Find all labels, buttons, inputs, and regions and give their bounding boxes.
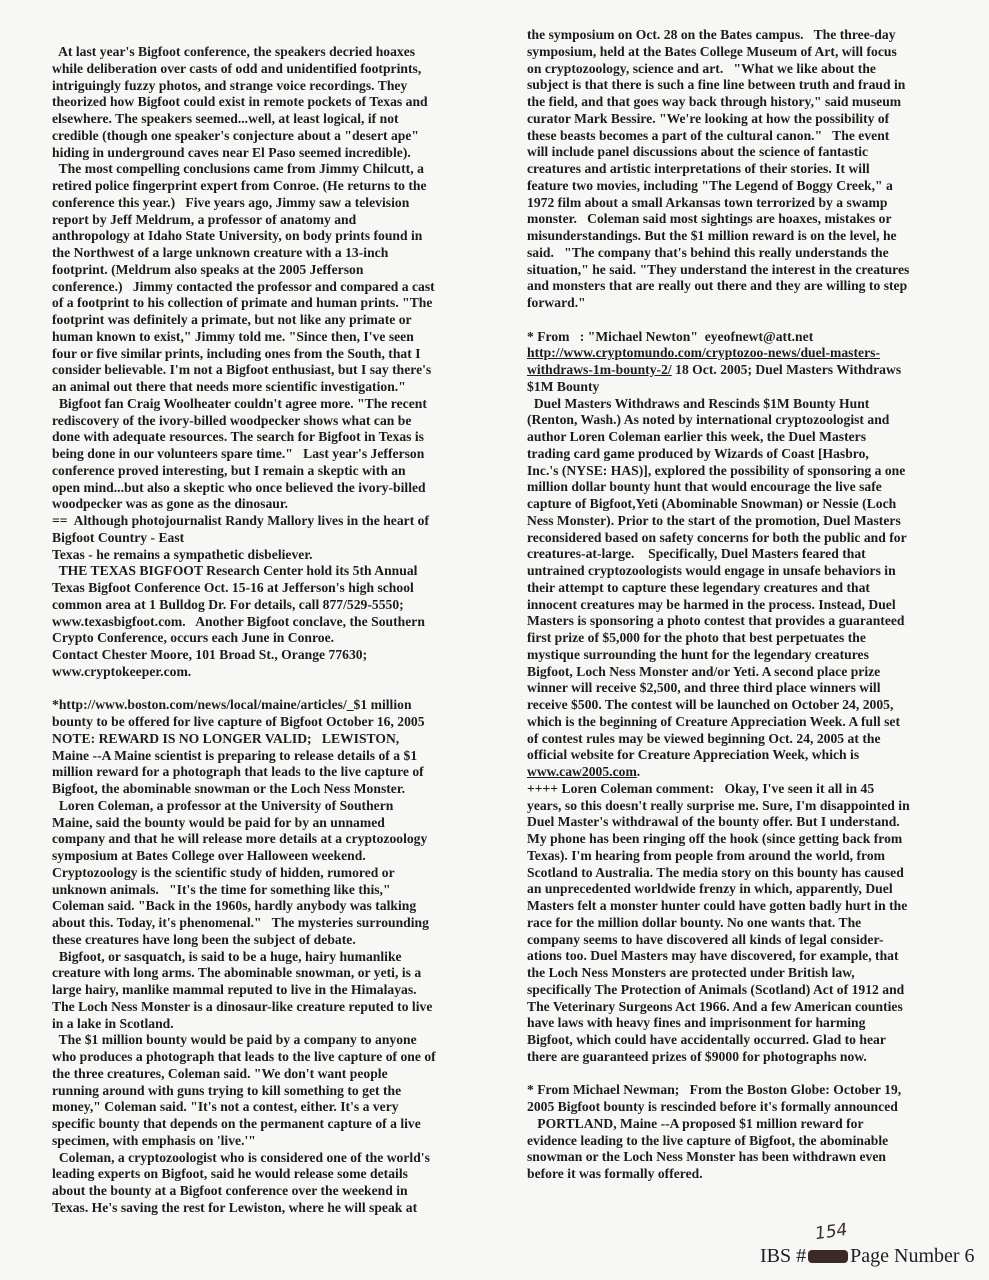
text-line: consider believable. I'm not a Bigfoot e… bbox=[52, 362, 512, 379]
text-line: the symposium on Oct. 28 on the Bates ca… bbox=[527, 27, 977, 44]
text-line: creatures-at-large. Specifically, Duel M… bbox=[527, 546, 977, 563]
text-line: www.texasbigfoot.com. Another Bigfoot co… bbox=[52, 614, 512, 631]
text-line: these creatures have long been the subje… bbox=[52, 932, 512, 949]
text-line: Ness Monster). Prior to the start of the… bbox=[527, 513, 977, 530]
text-line: open mind...but also a skeptic who once … bbox=[52, 480, 512, 497]
text-line: rediscovery of the ivory-billed woodpeck… bbox=[52, 413, 512, 430]
text-line: specific bounty that depends on the perm… bbox=[52, 1116, 512, 1133]
text-line: specifically The Protection of Animals (… bbox=[527, 982, 977, 999]
text-line: author Loren Coleman earlier this week, … bbox=[527, 429, 977, 446]
text-line: will include panel discussions about the… bbox=[527, 144, 977, 161]
text-line: * From Michael Newman; From the Boston G… bbox=[527, 1082, 977, 1099]
text-line: symposium at Bates College over Hallowee… bbox=[52, 848, 512, 865]
text-line: Masters felt a monster hunter could have… bbox=[527, 898, 977, 915]
text-line: Cryptozoology is the scientific study of… bbox=[52, 865, 512, 882]
text-line: being done in our volunteers spare time.… bbox=[52, 446, 512, 463]
text-line: first prize of $5,000 for the photo that… bbox=[527, 630, 977, 647]
text-line: done with adequate resources. The search… bbox=[52, 429, 512, 446]
text-line: the field, and that goes way back throug… bbox=[527, 94, 977, 111]
text-line: Contact Chester Moore, 101 Broad St., Or… bbox=[52, 647, 512, 664]
text-line: == Although photojournalist Randy Mallor… bbox=[52, 513, 512, 530]
cryptomundo-link-cont[interactable]: withdraws-1m-bounty-2/ bbox=[527, 362, 672, 377]
text-line: and monsters that are really out there a… bbox=[527, 278, 977, 295]
text-line: Bigfoot, or sasquatch, is said to be a h… bbox=[52, 949, 512, 966]
article-link-line-2: withdraws-1m-bounty-2/ 18 Oct. 2005; Due… bbox=[527, 362, 977, 379]
text-line: forward." bbox=[527, 295, 977, 312]
text-line: 2005 Bigfoot bounty is rescinded before … bbox=[527, 1099, 977, 1116]
text-line: bounty to be offered for live capture of… bbox=[52, 714, 512, 731]
text-line: mystique surrounding the hunt for the le… bbox=[527, 647, 977, 664]
text-line bbox=[52, 681, 512, 698]
text-line: who produces a photograph that leads to … bbox=[52, 1049, 512, 1066]
text-line: *http://www.boston.com/news/local/maine/… bbox=[52, 697, 512, 714]
caw2005-link[interactable]: www.caw2005.com bbox=[527, 764, 637, 779]
text-line: Masters is sponsoring a photo contest th… bbox=[527, 613, 977, 630]
footer-prefix: IBS # bbox=[760, 1245, 806, 1267]
text-line: credible (though one speaker's conjectur… bbox=[52, 128, 512, 145]
text-line: intriguingly fuzzy photos, and strange v… bbox=[52, 78, 512, 95]
redaction-mark bbox=[808, 1250, 848, 1263]
text-line: Coleman, a cryptozoologist who is consid… bbox=[52, 1150, 512, 1167]
text-line: The $1 million bounty would be paid by a… bbox=[52, 1032, 512, 1049]
right-column: the symposium on Oct. 28 on the Bates ca… bbox=[527, 27, 977, 1183]
text-line: race for the million dollar bounty. No o… bbox=[527, 915, 977, 932]
text-line: these beasts becomes a part of the cultu… bbox=[527, 128, 977, 145]
text-line bbox=[527, 1066, 977, 1083]
text-line: the Loch Ness Monsters are protected und… bbox=[527, 965, 977, 982]
text-line: Bigfoot Country - East bbox=[52, 530, 512, 547]
text-line: (Renton, Wash.) As noted by internationa… bbox=[527, 412, 977, 429]
text-line: Scotland to Australia. The media story o… bbox=[527, 865, 977, 882]
text-line: million reward for a photograph that lea… bbox=[52, 764, 512, 781]
text-line: about the bounty at a Bigfoot conference… bbox=[52, 1183, 512, 1200]
text-line: theorized how Bigfoot could exist in rem… bbox=[52, 94, 512, 111]
text-line: creatures and artistic interpretations o… bbox=[527, 161, 977, 178]
text-line: woodpecker was as gone as the dinosaur. bbox=[52, 496, 512, 513]
text-line: * From : "Michael Newton" eyeofnewt@att.… bbox=[527, 329, 977, 346]
text-line: company and that he will release more de… bbox=[52, 831, 512, 848]
text-line: receive $500. The contest will be launch… bbox=[527, 697, 977, 714]
text-line: subject is that there is such a fine lin… bbox=[527, 77, 977, 94]
text-line: creature with long arms. The abominable … bbox=[52, 965, 512, 982]
text-line: misunderstandings. But the $1 million re… bbox=[527, 228, 977, 245]
text-line: snowman or the Loch Ness Monster has bee… bbox=[527, 1149, 977, 1166]
text-line: four or five similar prints, including o… bbox=[52, 346, 512, 363]
text-line: of a footprint to his collection of prim… bbox=[52, 295, 512, 312]
text-line: anthropology at Idaho State University, … bbox=[52, 228, 512, 245]
text-line: At last year's Bigfoot conference, the s… bbox=[52, 44, 512, 61]
text-line: trading card game produced by Wizards of… bbox=[527, 446, 977, 463]
text-line: conference this year.) Five years ago, J… bbox=[52, 195, 512, 212]
text-line: years, so this doesn't really surprise m… bbox=[527, 798, 977, 815]
text-line: common area at 1 Bulldog Dr. For details… bbox=[52, 597, 512, 614]
text-line: 1972 film about a small Arkansas town te… bbox=[527, 195, 977, 212]
text-line: The Veterinary Surgeons Act 1966. And a … bbox=[527, 999, 977, 1016]
text-line: retired police fingerprint expert from C… bbox=[52, 178, 512, 195]
text-line: large hairy, manlike mammal reputed to l… bbox=[52, 982, 512, 999]
text-line: Duel Masters Withdraws and Rescinds $1M … bbox=[527, 396, 977, 413]
text-line: Texas. He's saving the rest for Lewiston… bbox=[52, 1200, 512, 1217]
text-line: elsewhere. The speakers seemed...well, a… bbox=[52, 111, 512, 128]
text-line: footprint was definitely a primate, but … bbox=[52, 312, 512, 329]
text-line: Texas Bigfoot Conference Oct. 15-16 at J… bbox=[52, 580, 512, 597]
text-line: feature two movies, including "The Legen… bbox=[527, 178, 977, 195]
text-line: ++++ Loren Coleman comment: Okay, I've s… bbox=[527, 781, 977, 798]
text-line: monster. Coleman said most sightings are… bbox=[527, 211, 977, 228]
text-line: Maine, said the bounty would be paid for… bbox=[52, 815, 512, 832]
text-line: Bigfoot, the abominable snowman or the L… bbox=[52, 781, 512, 798]
text-line: the Northwest of a large unknown creatur… bbox=[52, 245, 512, 262]
text-line: Duel Master's withdrawal of the bounty o… bbox=[527, 814, 977, 831]
text-line: have laws with heavy fines and imprisonm… bbox=[527, 1015, 977, 1032]
text-line: report by Jeff Meldrum, a professor of a… bbox=[52, 212, 512, 229]
text-line: ations too. Duel Masters may have discov… bbox=[527, 948, 977, 965]
text-line: before it was formally offered. bbox=[527, 1166, 977, 1183]
text-line: which is the beginning of Creature Appre… bbox=[527, 714, 977, 731]
text-line: while deliberation over casts of odd and… bbox=[52, 61, 512, 78]
left-column: At last year's Bigfoot conference, the s… bbox=[52, 44, 512, 1217]
text-line: said. "The company that's behind this re… bbox=[527, 245, 977, 262]
text-line: Texas). I'm hearing from people from aro… bbox=[527, 848, 977, 865]
text-line: PORTLAND, Maine --A proposed $1 million … bbox=[527, 1116, 977, 1133]
text-line: their attempt to capture these legendary… bbox=[527, 580, 977, 597]
text-line: curator Mark Bessire. "We're looking at … bbox=[527, 111, 977, 128]
text-line: Texas - he remains a sympathetic disbeli… bbox=[52, 547, 512, 564]
text-line: of contest rules may be viewed beginning… bbox=[527, 731, 977, 748]
text-line: an unprecedented worldwide frenzy in whi… bbox=[527, 881, 977, 898]
text-line: leading experts on Bigfoot, said he woul… bbox=[52, 1166, 512, 1183]
text-line: unknown animals. "It's the time for some… bbox=[52, 882, 512, 899]
text-line: Inc.'s (NYSE: HAS)], explored the possib… bbox=[527, 463, 977, 480]
text-line: innocent creatures may be harmed in the … bbox=[527, 597, 977, 614]
handwritten-issue-number: 154 bbox=[814, 1220, 849, 1244]
text-line: reconsidered based on safety concerns fo… bbox=[527, 530, 977, 547]
text-line: The Loch Ness Monster is a dinosaur-like… bbox=[52, 999, 512, 1016]
caw-suffix: . bbox=[637, 764, 640, 779]
text-line: human known to exist," Jimmy told me. "S… bbox=[52, 329, 512, 346]
text-line bbox=[527, 312, 977, 329]
text-line: $1M Bounty bbox=[527, 379, 977, 396]
text-line: winner will receive $2,500, and three th… bbox=[527, 680, 977, 697]
link-suffix-text: 18 Oct. 2005; Duel Masters Withdraws bbox=[672, 362, 901, 377]
text-line: Bigfoot, which could have accidentally o… bbox=[527, 1032, 977, 1049]
text-line: untrained cryptozoologists would engage … bbox=[527, 563, 977, 580]
text-line: Maine --A Maine scientist is preparing t… bbox=[52, 748, 512, 765]
text-line: an animal out there that needs more scie… bbox=[52, 379, 512, 396]
text-line: there are guaranteed prizes of $9000 for… bbox=[527, 1049, 977, 1066]
text-line: footprint. (Meldrum also speaks at the 2… bbox=[52, 262, 512, 279]
text-line: Loren Coleman, a professor at the Univer… bbox=[52, 798, 512, 815]
text-line: Bigfoot, Loch Ness Monster and/or Yeti. … bbox=[527, 664, 977, 681]
text-line: hiding in underground caves near El Paso… bbox=[52, 145, 512, 162]
text-line: million dollar bounty hunt that would en… bbox=[527, 479, 977, 496]
text-line: NOTE: REWARD IS NO LONGER VALID; LEWISTO… bbox=[52, 731, 512, 748]
footer-page-number: Page Number 6 bbox=[850, 1245, 974, 1267]
text-line: official website for Creature Appreciati… bbox=[527, 747, 977, 764]
text-line: My phone has been ringing off the hook (… bbox=[527, 831, 977, 848]
text-line: capture of Bigfoot,Yeti (Abominable Snow… bbox=[527, 496, 977, 513]
text-line: www.cryptokeeper.com. bbox=[52, 664, 512, 681]
text-line: evidence leading to the live capture of … bbox=[527, 1133, 977, 1150]
cryptomundo-link[interactable]: http://www.cryptomundo.com/cryptozoo-new… bbox=[527, 345, 880, 360]
text-line: Coleman said. "Back in the 1960s, hardly… bbox=[52, 898, 512, 915]
text-line: company seems to have discovered all kin… bbox=[527, 932, 977, 949]
text-line: the three creatures, Coleman said. "We d… bbox=[52, 1066, 512, 1083]
text-line: symposium, held at the Bates College Mus… bbox=[527, 44, 977, 61]
text-line: THE TEXAS BIGFOOT Research Center hold i… bbox=[52, 563, 512, 580]
text-line: running around with guns trying to kill … bbox=[52, 1083, 512, 1100]
text-line: conference.) Jimmy contacted the profess… bbox=[52, 279, 512, 296]
article-link-line-1: http://www.cryptomundo.com/cryptozoo-new… bbox=[527, 345, 977, 362]
text-line: conference proved interesting, but I rem… bbox=[52, 463, 512, 480]
text-line: specimen, with emphasis on 'live.'" bbox=[52, 1133, 512, 1150]
text-line: Crypto Conference, occurs each June in C… bbox=[52, 630, 512, 647]
text-line: in a lake in Scotland. bbox=[52, 1016, 512, 1033]
text-line: The most compelling conclusions came fro… bbox=[52, 161, 512, 178]
text-line: Bigfoot fan Craig Woolheater couldn't ag… bbox=[52, 396, 512, 413]
caw-link-line: www.caw2005.com. bbox=[527, 764, 977, 781]
page-footer: IBS #Page Number 6 bbox=[760, 1245, 975, 1268]
text-line: about this. Today, it's phenomenal." The… bbox=[52, 915, 512, 932]
text-line: situation," he said. "They understand th… bbox=[527, 262, 977, 279]
text-line: on cryptozoology, science and art. "What… bbox=[527, 61, 977, 78]
text-line: money," Coleman said. "It's not a contes… bbox=[52, 1099, 512, 1116]
